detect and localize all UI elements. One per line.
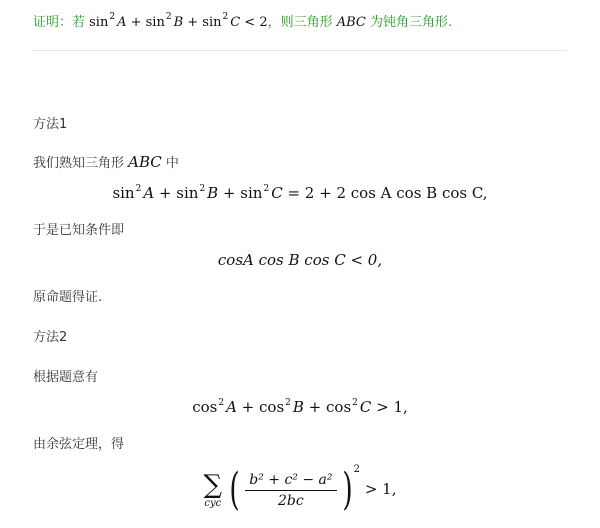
method2-inequality-equation: cos2A + cos2B + cos2C > 1, — [0, 398, 600, 416]
method2-sum-equation: ∑ cyc ( b² + c² − a² 2bc )2 > 1, — [0, 464, 600, 512]
right-paren: ) — [342, 468, 352, 512]
method1-intro-triangle: ABC — [128, 153, 162, 171]
fraction-denominator: 2bc — [245, 491, 336, 509]
left-paren: ( — [230, 468, 240, 512]
method1-condition-equation: cosA cos B cos C < 0, — [0, 251, 600, 269]
problem-statement: 证明：若 sin2A + sin2B + sin2C < 2，则三角形 ABC … — [33, 11, 452, 30]
condition-text: cosA cos B cos C < 0, — [218, 251, 382, 269]
fraction: b² + c² − a² 2bc — [245, 472, 336, 509]
cyclic-sum: ∑ cyc — [204, 472, 223, 509]
method1-intro-suffix: 中 — [162, 156, 179, 171]
method1-intro: 我们熟知三角形 ABC 中 — [33, 152, 179, 171]
method1-heading: 方法1 — [33, 113, 67, 132]
statement-condition-math: sin2A + sin2B + sin2C < 2 — [89, 15, 267, 30]
method2-intro: 根据题意有 — [33, 366, 98, 385]
sum-subscript: cyc — [204, 498, 223, 509]
method1-then-text: 于是已知条件即 — [33, 219, 124, 238]
method1-intro-text: 我们熟知三角形 — [33, 156, 128, 171]
method2-law-text: 由余弦定理，得 — [33, 433, 124, 452]
sum-rhs: > 1, — [365, 480, 397, 498]
method1-conclusion: 原命题得证. — [33, 286, 102, 305]
method1-identity-equation: sin2A + sin2B + sin2C = 2 + 2 cos A cos … — [0, 184, 600, 202]
statement-middle: ，则三角形 — [268, 15, 337, 30]
statement-triangle: ABC — [337, 15, 366, 30]
identity-rhs: = 2 + 2 cos A cos B cos C, — [287, 184, 487, 202]
outer-exponent: 2 — [354, 464, 360, 475]
sum-symbol: ∑ — [204, 472, 223, 498]
method2-heading: 方法2 — [33, 326, 67, 345]
statement-prefix: 证明：若 — [33, 15, 89, 30]
fraction-numerator: b² + c² − a² — [245, 472, 336, 491]
statement-suffix: 为钝角三角形. — [366, 15, 452, 30]
inequality-rhs: > 1, — [376, 398, 408, 416]
section-divider — [32, 50, 567, 51]
